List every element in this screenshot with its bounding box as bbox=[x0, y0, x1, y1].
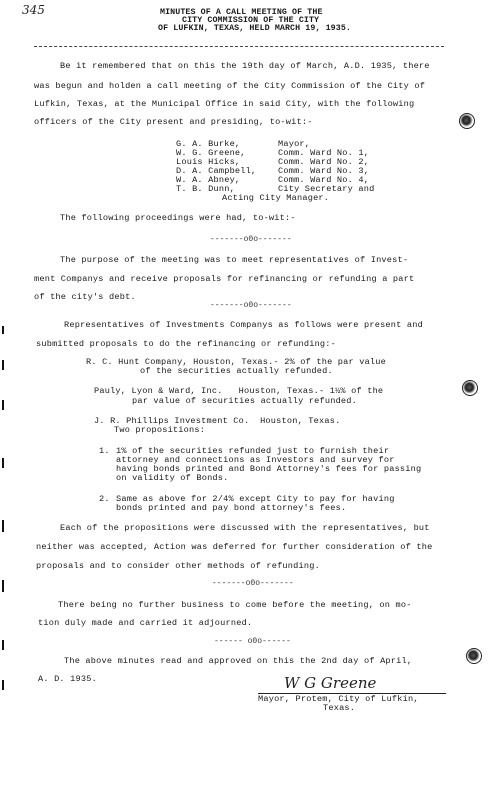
separator: -------o0o------- bbox=[210, 235, 292, 244]
separator: ------ o0o------ bbox=[214, 637, 291, 646]
signature-caption-line-2: Texas. bbox=[323, 703, 355, 713]
proposition-line: on validity of Bonds. bbox=[116, 473, 229, 483]
margin-scan-mark bbox=[2, 458, 4, 468]
margin-scan-mark bbox=[2, 360, 4, 370]
adjournment-line-2: tion duly made and carried it adjourned. bbox=[38, 618, 252, 628]
intro-line-1: Be it remembered that on this the 19th d… bbox=[60, 61, 430, 71]
separator: -------o0o------- bbox=[212, 579, 294, 588]
intro-line-2: was begun and holden a call meeting of t… bbox=[34, 81, 425, 91]
discussion-line-3: proposals and to consider other methods … bbox=[36, 561, 320, 571]
punch-hole-middle bbox=[462, 380, 478, 396]
heading-line-3: OF LUFKIN, TEXAS, HELD MARCH 19, 1935. bbox=[158, 24, 351, 33]
approval-line-1: The above minutes read and approved on t… bbox=[64, 656, 412, 666]
margin-scan-mark bbox=[2, 400, 4, 410]
adjournment-line-1: There being no further business to come … bbox=[58, 600, 412, 610]
representatives-line-1: Representatives of Investments Companys … bbox=[64, 320, 423, 330]
approval-line-2: A. D. 1935. bbox=[38, 674, 97, 684]
proposition-number: 2. bbox=[99, 494, 110, 504]
discussion-line-1: Each of the propositions were discussed … bbox=[60, 523, 430, 533]
purpose-line-2: ment Companys and receive proposals for … bbox=[34, 274, 414, 284]
proposal-line: of the securities actually refunded. bbox=[140, 366, 333, 376]
punch-hole-top bbox=[459, 113, 475, 129]
proposal-line: Pauly, Lyon & Ward, Inc. Houston, Texas.… bbox=[94, 386, 383, 396]
margin-scan-mark bbox=[2, 640, 4, 650]
margin-scan-mark bbox=[2, 580, 4, 592]
heading-rule bbox=[34, 46, 444, 47]
margin-scan-mark bbox=[2, 680, 4, 690]
proposal-line: Two propositions: bbox=[114, 425, 205, 435]
discussion-line-2: neither was accepted, Action was deferre… bbox=[36, 542, 432, 552]
proposition-number: 1. bbox=[99, 446, 110, 456]
margin-scan-mark bbox=[2, 326, 4, 334]
intro-line-3: Lufkin, Texas, at the Municipal Office i… bbox=[34, 99, 414, 109]
signature-handwritten: W G Greene bbox=[284, 674, 376, 692]
margin-page-number: 345 bbox=[22, 3, 45, 17]
purpose-line-3: of the city's debt. bbox=[34, 292, 136, 302]
proceedings-intro: The following proceedings were had, to-w… bbox=[60, 213, 296, 223]
purpose-line-1: The purpose of the meeting was to meet r… bbox=[60, 255, 408, 265]
separator: -------o0o------- bbox=[210, 301, 292, 310]
proposal-line: par value of securities actually refunde… bbox=[132, 396, 357, 406]
representatives-line-2: submitted proposals to do the refinancin… bbox=[36, 339, 336, 349]
margin-scan-mark bbox=[2, 520, 4, 532]
proposition-line: bonds printed and pay bond attorney's fe… bbox=[116, 503, 346, 513]
document-page: 345 MINUTES OF A CALL MEETING OF THE CIT… bbox=[0, 0, 488, 800]
officer-extra-title: Acting City Manager. bbox=[222, 193, 329, 203]
punch-hole-bottom bbox=[466, 648, 482, 664]
intro-line-4: officers of the City present and presidi… bbox=[34, 117, 313, 127]
